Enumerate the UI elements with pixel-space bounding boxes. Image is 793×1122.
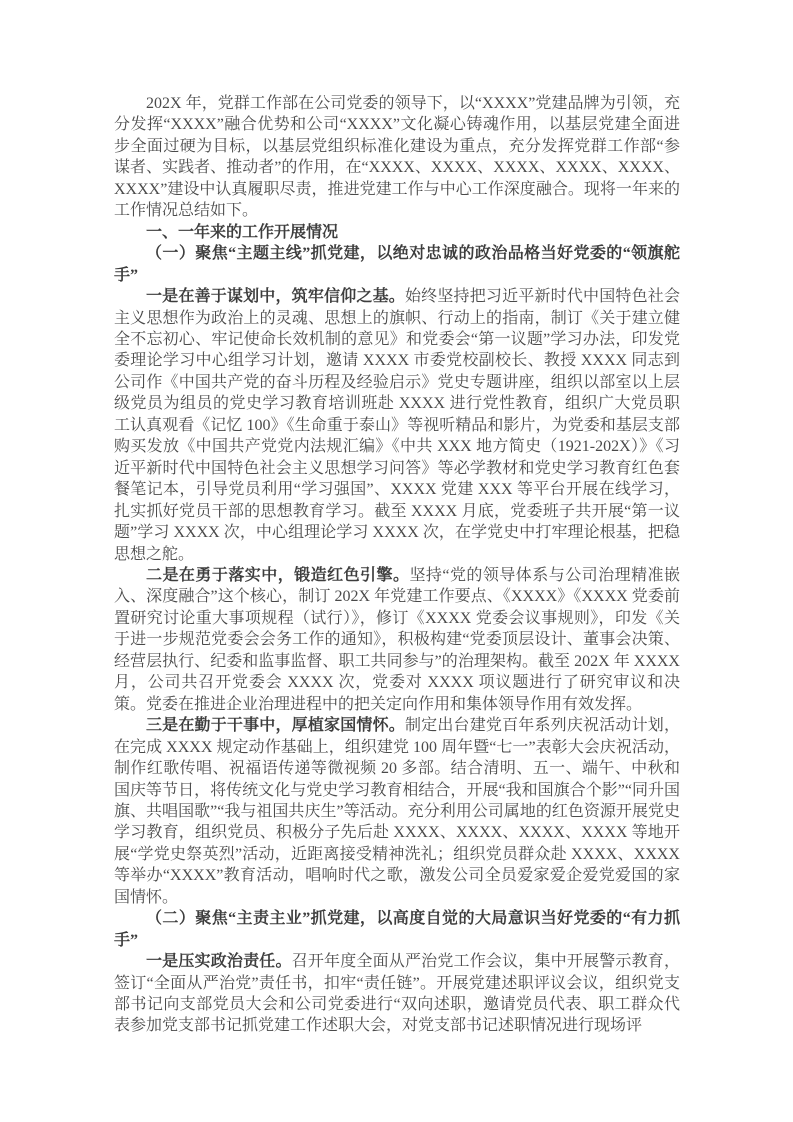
paragraph-text: 202X 年，党群工作部在公司党委的领导下，以“XXXX”党建品牌为引领，充分发… <box>114 95 680 219</box>
body-paragraph-2: 二是在勇于落实中，锻造红色引擎。坚持“党的领导体系与公司治理精准嵌入、深度融合”… <box>114 565 680 715</box>
paragraph-lead: 二是在勇于落实中，锻造红色引擎。 <box>146 567 409 584</box>
heading-text: （一）聚焦“主题主线”抓党建，以绝对忠诚的政治品格当好党委的“领旗舵手” <box>114 245 680 283</box>
paragraph-lead: 一是在善于谋划中，筑牢信仰之基。 <box>146 288 405 305</box>
paragraph-text: 始终坚持把习近平新时代中国特色社会主义思想作为政治上的灵魂、思想上的旗帜、行动上… <box>114 288 680 562</box>
section-heading-1: 一、一年来的工作开展情况 <box>114 222 680 243</box>
paragraph-lead: 一是压实政治责任。 <box>146 953 292 970</box>
document-body: 202X 年，党群工作部在公司党委的领导下，以“XXXX”党建品牌为引领，充分发… <box>114 93 680 1037</box>
intro-paragraph: 202X 年，党群工作部在公司党委的领导下，以“XXXX”党建品牌为引领，充分发… <box>114 93 680 222</box>
body-paragraph-1: 一是在善于谋划中，筑牢信仰之基。始终坚持把习近平新时代中国特色社会主义思想作为政… <box>114 286 680 565</box>
body-paragraph-3: 三是在勤于干事中，厚植家国情怀。制定出台建党百年系列庆祝活动计划，在完成 XXX… <box>114 715 680 908</box>
document-page: 202X 年，党群工作部在公司党委的领导下，以“XXXX”党建品牌为引领，充分发… <box>0 0 793 1122</box>
paragraph-text: 坚持“党的领导体系与公司治理精准嵌入、深度融合”这个核心，制订 202X 年党建… <box>114 567 680 713</box>
paragraph-text: 制定出台建党百年系列庆祝活动计划，在完成 XXXX 规定动作基础上，组织建党 1… <box>114 717 680 906</box>
heading-text: 一、一年来的工作开展情况 <box>146 224 338 241</box>
subsection-heading-2: （二）聚焦“主责主业”抓党建，以高度自觉的大局意识当好党委的“有力抓手” <box>114 908 680 951</box>
subsection-heading-1: （一）聚焦“主题主线”抓党建，以绝对忠诚的政治品格当好党委的“领旗舵手” <box>114 243 680 286</box>
body-paragraph-4: 一是压实政治责任。召开年度全面从严治党工作会议，集中开展警示教育，签订“全面从严… <box>114 951 680 1037</box>
heading-text: （二）聚焦“主责主业”抓党建，以高度自觉的大局意识当好党委的“有力抓手” <box>114 910 680 948</box>
paragraph-lead: 三是在勤于干事中，厚植家国情怀。 <box>146 717 405 734</box>
